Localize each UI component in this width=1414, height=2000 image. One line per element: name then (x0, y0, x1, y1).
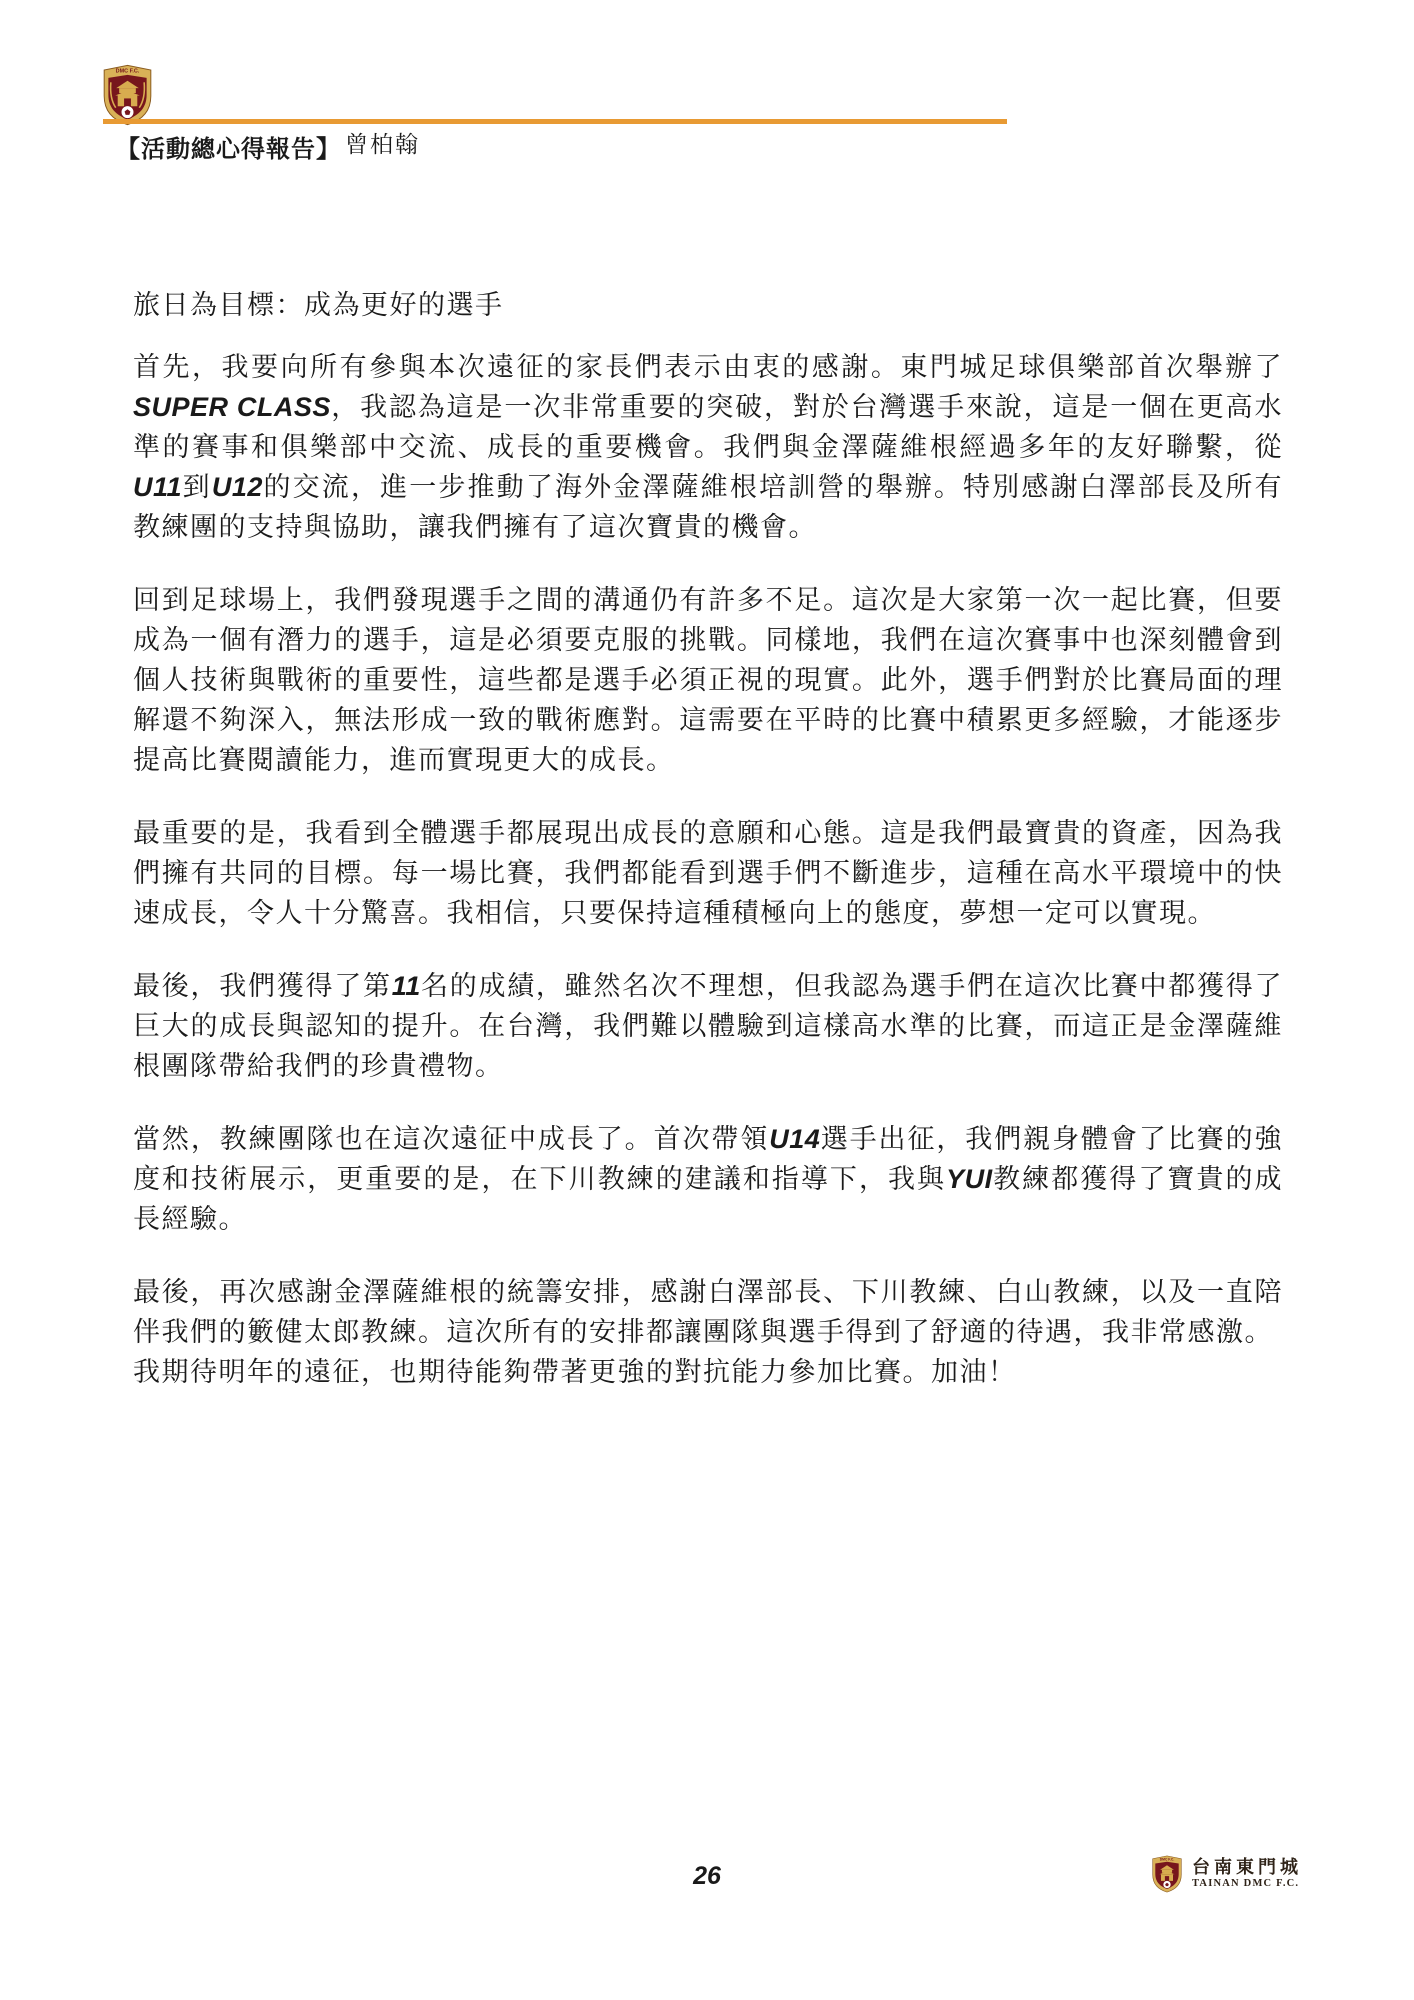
header-rule (103, 119, 1007, 124)
footer-crest-logo: DMC F.C. (1152, 1855, 1182, 1893)
footer-crest-text: DMC F.C. (1160, 1857, 1175, 1861)
emphasized-text: U11 (133, 472, 182, 502)
author-name: 曾柏翰 (345, 126, 420, 159)
report-label: 【活動總心得報告】 (116, 129, 341, 164)
body-text: 回到足球場上，我們發現選手之間的溝通仍有許多不足。這次是大家第一次一起比賽，但要… (133, 585, 1283, 775)
paragraph: 當然，教練團隊也在這次遠征中成長了。首次帶領U14選手出征，我們親身體會了比賽的… (133, 1119, 1283, 1239)
footer-brand-name: 台南東門城 (1192, 1857, 1302, 1877)
body-text: 到 (182, 472, 212, 502)
footer-brand-text: 台南東門城 TAINAN DMC F.C. (1192, 1855, 1302, 1890)
club-crest-logo: DMC F.C. (103, 64, 152, 126)
body-text: 最重要的是，我看到全體選手都展現出成長的意願和心態。這是我們最寶貴的資產，因為我… (133, 818, 1283, 928)
emphasized-text: YUI (946, 1164, 993, 1194)
emphasized-text: SUPER CLASS (133, 392, 331, 422)
body-text: 的交流，進一步推動了海外金澤薩維根培訓營的舉辦。特別感謝白澤部長及所有教練團的支… (133, 472, 1283, 542)
crest-soccer-ball-icon (121, 106, 134, 119)
paragraph: 最後，再次感謝金澤薩維根的統籌安排，感謝白澤部長、下川教練、白山教練，以及一直陪… (133, 1272, 1283, 1392)
body-text: 最後，我們獲得了第 (133, 971, 392, 1001)
footer-brand-subtitle: TAINAN DMC F.C. (1192, 1877, 1302, 1890)
document-heading: 旅日為目標：成為更好的選手 (133, 283, 1283, 322)
document-body-wrapper: 旅日為目標：成為更好的選手 首先，我要向所有參與本次遠征的家長們表示由衷的感謝。… (133, 283, 1283, 1425)
body-text: 當然，教練團隊也在這次遠征中成長了。首次帶領 (133, 1124, 769, 1154)
paragraph: 回到足球場上，我們發現選手之間的溝通仍有許多不足。這次是大家第一次一起比賽，但要… (133, 580, 1283, 780)
body-text: 首先，我要向所有參與本次遠征的家長們表示由衷的感謝。東門城足球俱樂部首次舉辦了 (133, 352, 1283, 382)
footer-crest-soccer-ball-icon (1163, 1881, 1171, 1889)
body-text: 我期待明年的遠征，也期待能夠帶著更強的對抗能力參加比賽。加油！ (133, 1357, 1017, 1387)
paragraph: 最後，我們獲得了第11名的成績，雖然名次不理想，但我認為選手們在這次比賽中都獲得… (133, 966, 1283, 1086)
body-text: 最後，再次感謝金澤薩維根的統籌安排，感謝白澤部長、下川教練、白山教練，以及一直陪… (133, 1277, 1283, 1347)
footer-brand: DMC F.C. 台南東門城 TAINAN DMC F.C. (1152, 1855, 1302, 1893)
emphasized-text: U12 (212, 472, 263, 502)
emphasized-text: 11 (392, 971, 421, 1001)
document-body: 首先，我要向所有參與本次遠征的家長們表示由衷的感謝。東門城足球俱樂部首次舉辦了S… (133, 347, 1283, 1392)
paragraph: 首先，我要向所有參與本次遠征的家長們表示由衷的感謝。東門城足球俱樂部首次舉辦了S… (133, 347, 1283, 547)
crest-text: DMC F.C. (116, 69, 140, 75)
paragraph: 最重要的是，我看到全體選手都展現出成長的意願和心態。這是我們最寶貴的資產，因為我… (133, 813, 1283, 933)
document-page: DMC F.C. 【活動總心得報告】 曾柏翰 旅日為目標：成為更好的選手 首先，… (0, 0, 1414, 2000)
emphasized-text: U14 (769, 1124, 820, 1154)
